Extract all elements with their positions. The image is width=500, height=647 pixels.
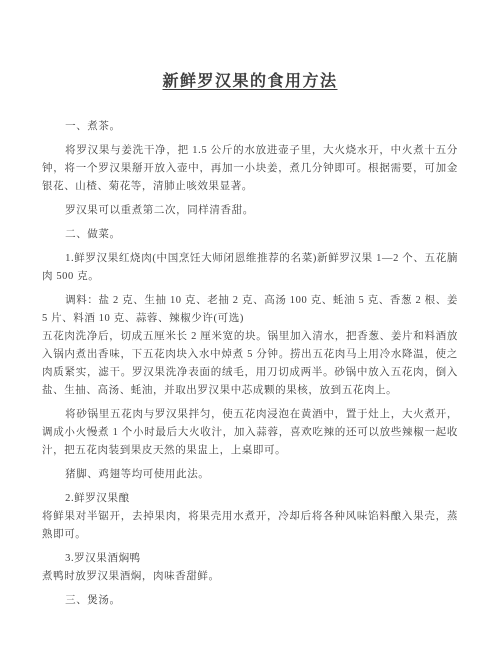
recipe-1-steps: 五花肉洗净后，切成五厘米长 2 厘米宽的块。锅里加入清水，把香葱、姜片和料酒放入… (42, 328, 458, 400)
recipe-1-finish: 将砂锅里五花肉与罗汉果拌匀，使五花肉浸泡在黄酒中，置于灶上，大火煮开，调成小火慢… (42, 406, 458, 460)
recipe-2-title: 2.鲜罗汉果酿 (42, 490, 458, 508)
recipe-2-steps: 将鲜果对半锯开，去掉果肉，将果壳用水煮开，冷却后将各种风味馅料酿入果壳，蒸熟即可… (42, 508, 458, 544)
doc-title: 新鲜罗汉果的食用方法 (42, 70, 458, 94)
recipe-3-title: 3.罗汉果酒焖鸭 (42, 550, 458, 568)
recipe-3-steps: 煮鸭时放罗汉果酒焖，肉味香甜鲜。 (42, 568, 458, 586)
recipe-1-tip: 猪脚、鸡翅等均可使用此法。 (42, 466, 458, 484)
section-2-heading: 二、做菜。 (42, 226, 458, 244)
recipe-1-title: 1.鲜罗汉果红烧肉(中国烹饪大师闭恩维推荐的名菜)新鲜罗汉果 1—2 个、五花腩… (42, 250, 458, 286)
section-1-heading: 一、煮茶。 (42, 118, 458, 136)
section-1-body: 将罗汉果与姜洗干净，把 1.5 公斤的水放进壶子里，大火烧水开，中火煮十五分钟，… (42, 142, 458, 196)
section-3-heading: 三、煲汤。 (42, 592, 458, 610)
recipe-1-seasoning: 调料：盐 2 克、生抽 10 克、老抽 2 克、高汤 100 克、蚝油 5 克、… (42, 292, 458, 328)
section-1-note: 罗汉果可以重煮第二次，同样清香甜。 (42, 202, 458, 220)
document-page: 新鲜罗汉果的食用方法 一、煮茶。 将罗汉果与姜洗干净，把 1.5 公斤的水放进壶… (0, 0, 500, 647)
